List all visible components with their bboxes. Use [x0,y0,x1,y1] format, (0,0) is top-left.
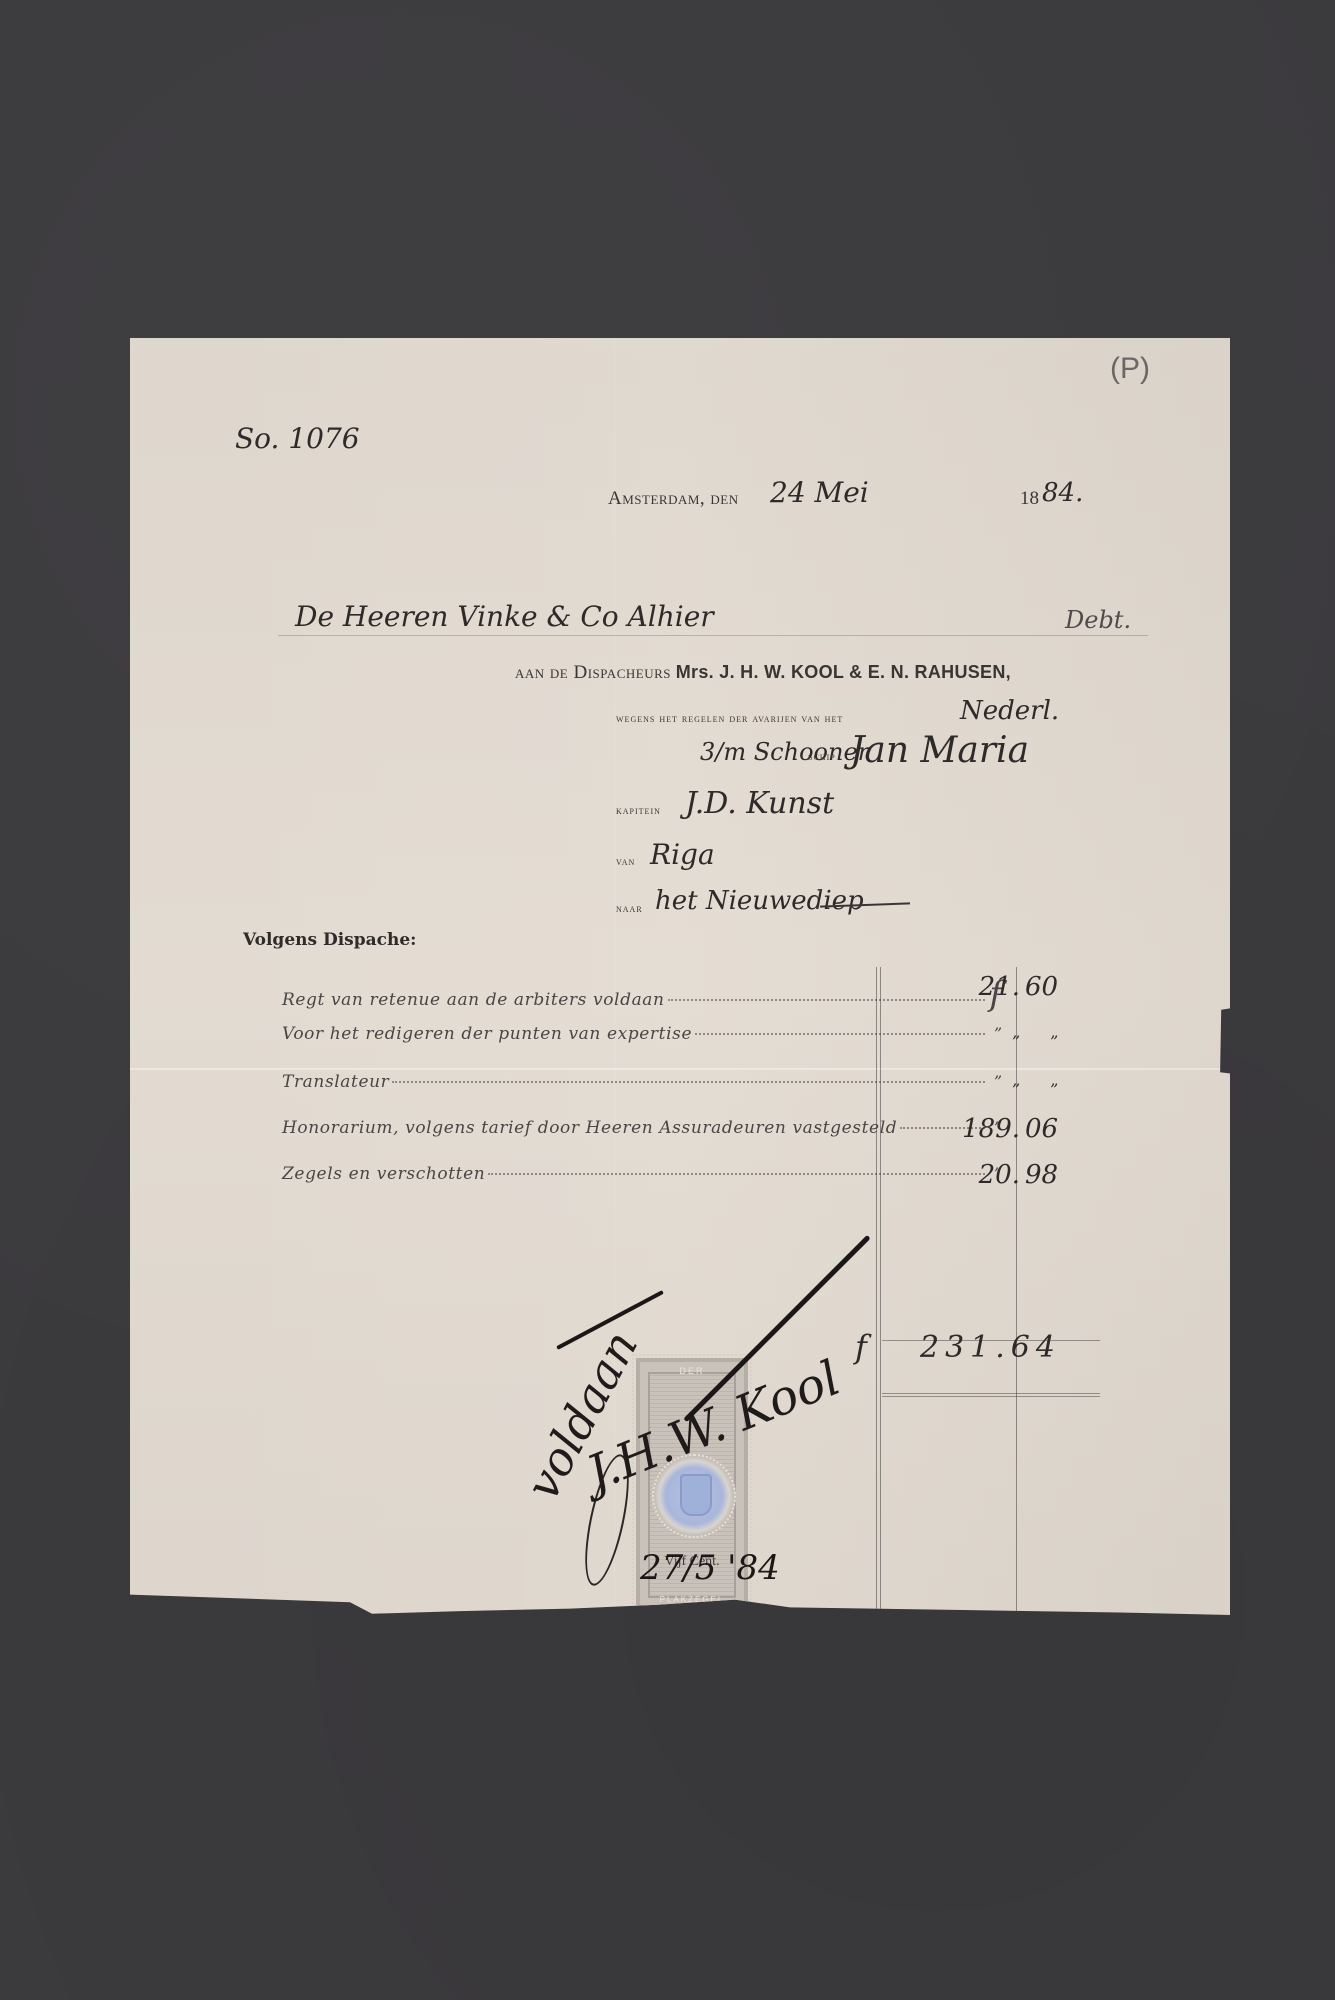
line-item-guilders: 20. [900,1160,1020,1190]
ship-flag: Nederl. [960,696,1059,726]
cents-column-rule [1016,967,1017,1615]
corner-mark: (P) [1110,352,1150,386]
issuer-line: aan de Dispacheurs Mrs. J. H. W. KOOL & … [515,662,1011,684]
signature-date: 27/5 '84 [640,1548,780,1588]
line-item-cents: 98 [1025,1160,1095,1190]
line-item: Translateur ” [282,1072,1002,1112]
line-item-description: Zegels en verschotten [282,1164,485,1184]
fold-crease-horizontal [130,1068,1230,1070]
coat-of-arms-icon [680,1474,712,1516]
captain-name: J.D. Kunst [685,786,834,821]
line-item-guilders: ” [900,1032,1020,1051]
line-item-guilders: 189. [900,1114,1020,1144]
amount-column-rule-left-1 [876,967,877,1615]
reference-number: So. 1076 [235,422,360,455]
from-port: Riga [650,838,715,871]
dateline-place: Amsterdam, den [608,488,739,510]
line-item-guilders: ” [900,1080,1020,1099]
section-title: Volgens Dispache: [243,930,416,950]
line-item-guilders: 21. [900,972,1020,1002]
line-item-description: Regt van retenue aan de arbiters voldaan [282,990,665,1010]
amount-column-rule-left-2 [880,967,881,1615]
line-item-cents: ” [1050,1032,1120,1051]
issuer-firm: Mrs. J. H. W. KOOL & E. N. RAHUSEN, [676,662,1011,682]
invoice-paper: (P) So. 1076 Amsterdam, den 24 Mei 18 84… [130,338,1230,1615]
debet-label: Debt. [1065,606,1131,634]
captain-label: kapitein [616,805,661,817]
from-label: van [616,856,635,868]
to-label: naar [616,903,643,915]
total-double-rule-2 [882,1396,1100,1397]
line-item-description: Voor het redigeren der punten van expert… [282,1024,692,1044]
ship-type: 3/m Schooner [700,738,869,766]
line-item: Zegels en verschotten ” [282,1164,1002,1204]
dateline-year-prefix: 18 [1020,488,1039,510]
line-item-cents: ” [1050,1080,1120,1099]
to-port: het Nieuwediep [655,886,864,916]
ship-label: schip [808,751,836,763]
dateline-date: 24 Mei [770,476,869,509]
line-item-description: Honorarium, volgens tarief door Heeren A… [282,1118,897,1138]
regarding-label: wegens het regelen der avarijen van het [616,711,843,726]
addressee-underline [278,635,1148,636]
line-item-cents: 60 [1025,972,1095,1002]
line-item: Honorarium, volgens tarief door Heeren A… [282,1118,1002,1158]
ship-name: Jan Maria [850,730,1029,771]
issuer-prefix: aan de Dispacheurs [515,662,671,683]
addressee-name: De Heeren Vinke & Co Alhier [295,600,714,633]
total-amount: 231.64 [920,1330,1061,1365]
total-double-rule-1 [882,1393,1100,1394]
line-item: Regt van retenue aan de arbiters voldaan… [282,974,1002,1014]
dateline-year: 84. [1042,478,1083,508]
line-item-description: Translateur [282,1072,389,1092]
leader-dots [392,1081,985,1083]
line-item: Voor het redigeren der punten van expert… [282,1024,1002,1064]
line-item-cents: 06 [1025,1114,1095,1144]
total-currency: f [855,1328,867,1366]
